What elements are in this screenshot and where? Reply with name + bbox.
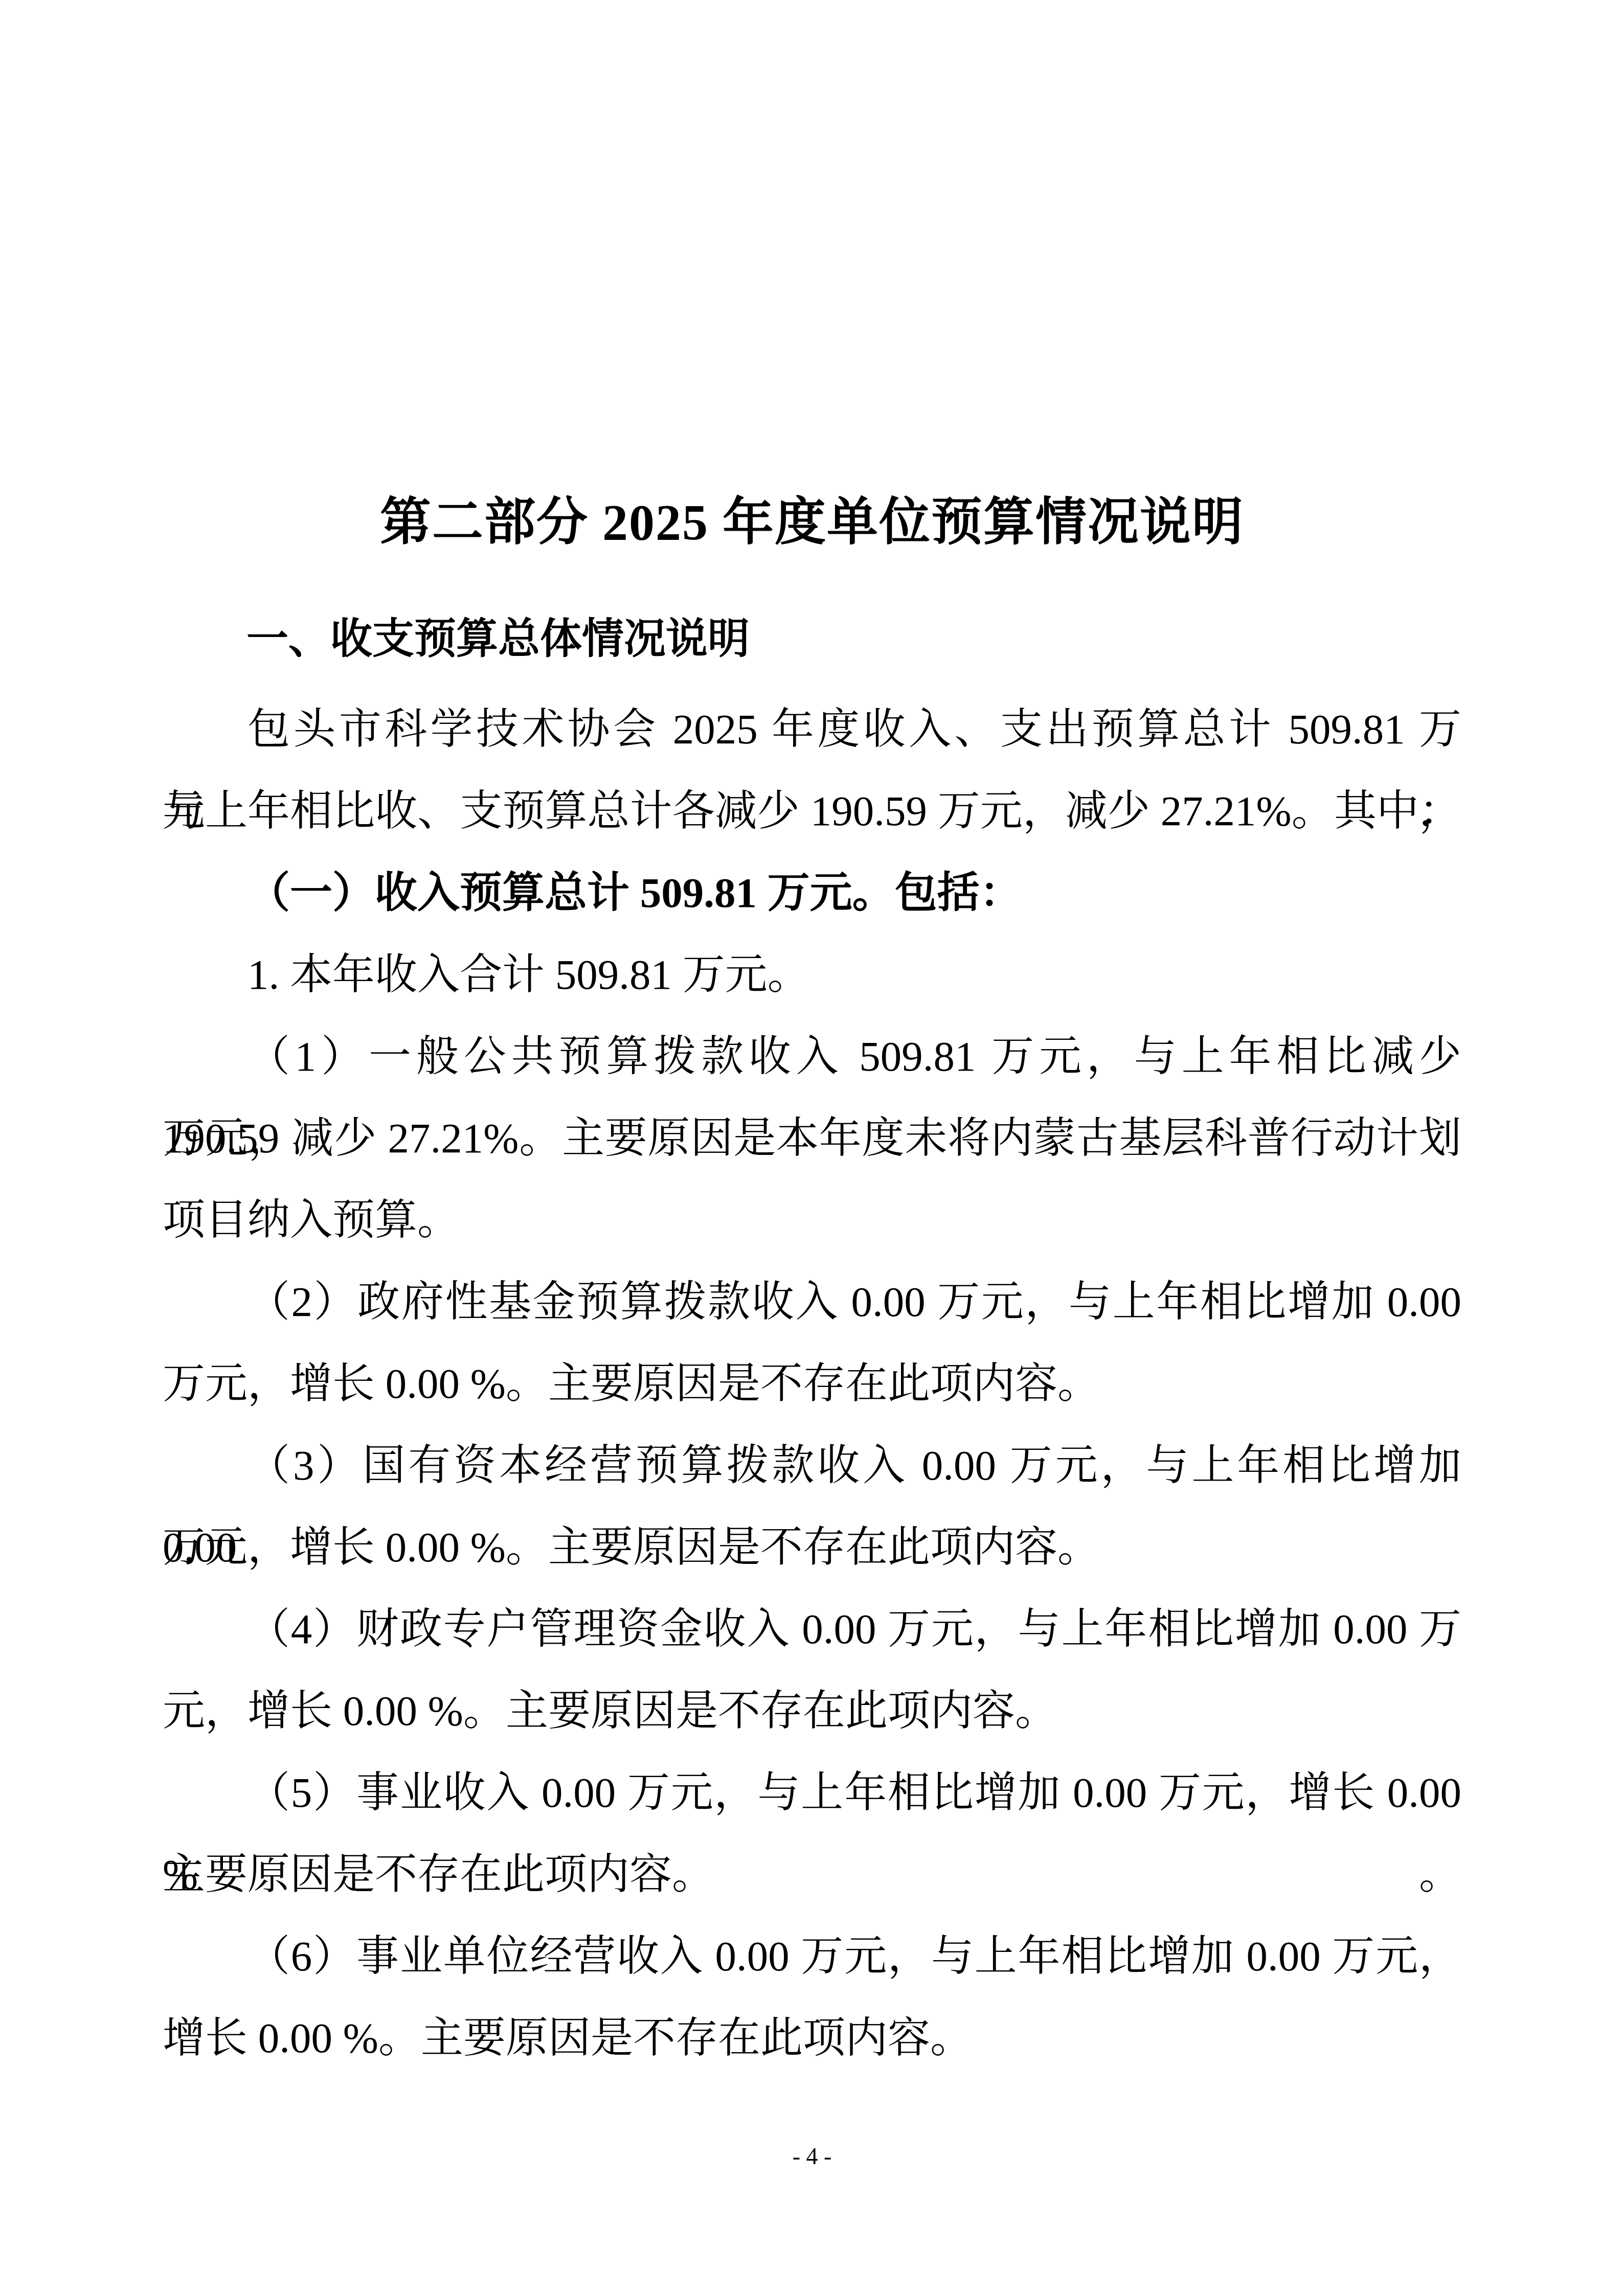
body-line: （一）收入预算总计 509.81 万元。包括： (163, 852, 1461, 934)
body-line: （6）事业单位经营收入 0.00 万元，与上年相比增加 0.00 万元， (163, 1915, 1461, 1997)
section-heading: 一、收支预算总体情况说明 (163, 613, 1461, 665)
body-line: 项目纳入预算。 (163, 1179, 1461, 1261)
body-line: （3）国有资本经营预算拨款收入 0.00 万元，与上年相比增加 0.00 (163, 1424, 1461, 1506)
document-title: 第二部分 2025 年度单位预算情况说明 (163, 492, 1461, 553)
body-line: 与上年相比收、支预算总计各减少 190.59 万元，减少 27.21%。其中： (163, 770, 1461, 852)
body-line: 增长 0.00 %。主要原因是不存在此项内容。 (163, 1997, 1461, 2079)
body-line: （1）一般公共预算拨款收入 509.81 万元，与上年相比减少 190.59 (163, 1015, 1461, 1097)
body-line: （4）财政专户管理资金收入 0.00 万元，与上年相比增加 0.00 万 (163, 1588, 1461, 1670)
body-line: 万元，减少 27.21%。主要原因是本年度未将内蒙古基层科普行动计划 (163, 1097, 1461, 1179)
body-line: 元，增长 0.00 %。主要原因是不存在此项内容。 (163, 1670, 1461, 1752)
body-line: （2）政府性基金预算拨款收入 0.00 万元，与上年相比增加 0.00 (163, 1261, 1461, 1343)
body-line: 1. 本年收入合计 509.81 万元。 (163, 934, 1461, 1015)
body-line: 万元，增长 0.00 %。主要原因是不存在此项内容。 (163, 1343, 1461, 1424)
page-number: - 4 - (0, 2142, 1624, 2171)
document-page: 第二部分 2025 年度单位预算情况说明 一、收支预算总体情况说明 包头市科学技… (0, 0, 1624, 2296)
body-line: 包头市科学技术协会 2025 年度收入、支出预算总计 509.81 万元， (163, 688, 1461, 770)
body-line: （5）事业收入 0.00 万元，与上年相比增加 0.00 万元，增长 0.00 … (163, 1752, 1461, 1833)
body-lines: 包头市科学技术协会 2025 年度收入、支出预算总计 509.81 万元，与上年… (163, 688, 1461, 2079)
body-line: 万元，增长 0.00 %。主要原因是不存在此项内容。 (163, 1506, 1461, 1588)
